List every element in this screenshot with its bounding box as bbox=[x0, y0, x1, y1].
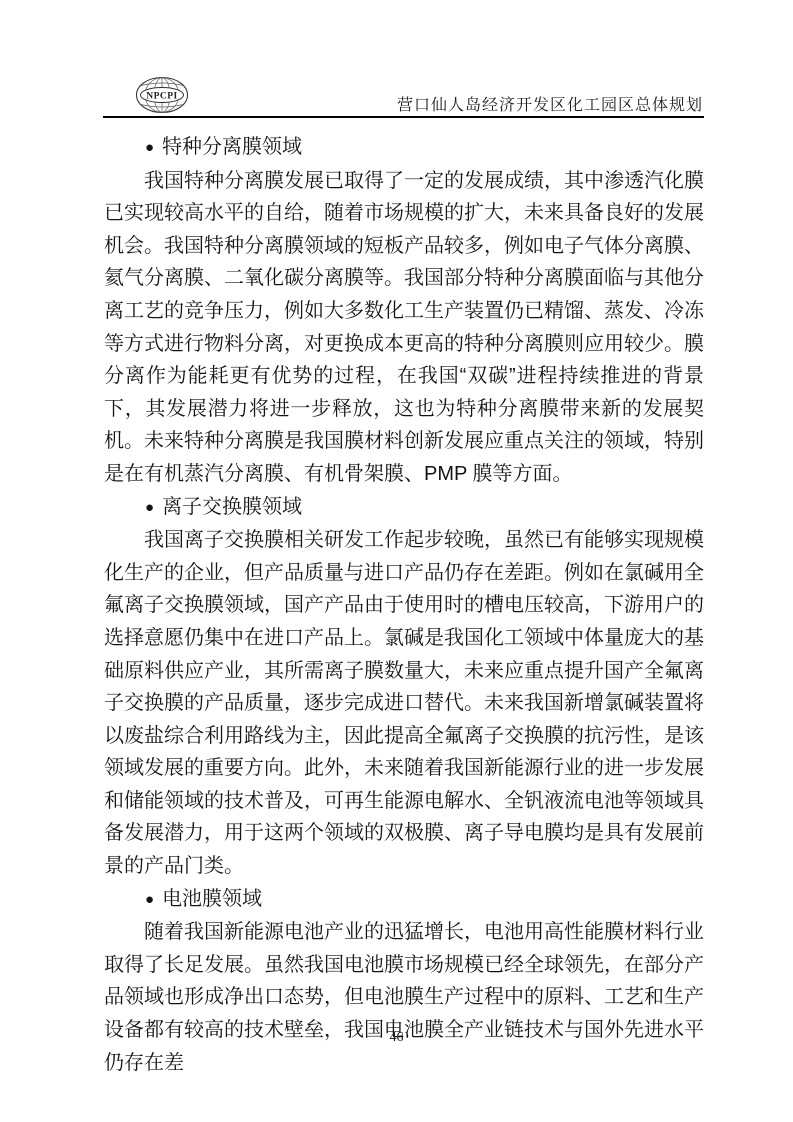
section-special-separation-membrane: ●特种分离膜领域 我国特种分离膜发展已取得了一定的发展成绩，其中渗透汽化膜已实现… bbox=[104, 131, 704, 491]
section-paragraph: 随着我国新能源电池产业的迅猛增长，电池用高性能膜材料行业取得了长足发展。虽然我国… bbox=[104, 916, 704, 1079]
section-heading: ●离子交换膜领域 bbox=[104, 491, 704, 525]
bullet-icon: ● bbox=[145, 499, 154, 516]
logo-text: NPCPI bbox=[146, 92, 178, 102]
section-heading: ●电池膜领域 bbox=[104, 883, 704, 917]
header-rule bbox=[103, 116, 704, 118]
section-heading-label: 离子交换膜领域 bbox=[162, 496, 302, 518]
bullet-icon: ● bbox=[145, 891, 154, 908]
page-number: 46 bbox=[390, 1030, 404, 1045]
section-ion-exchange-membrane: ●离子交换膜领域 我国离子交换膜相关研发工作起步较晚，虽然已有能够实现规模化生产… bbox=[104, 491, 704, 883]
npcpi-globe-logo-icon: NPCPI bbox=[135, 76, 189, 114]
section-heading-label: 电池膜领域 bbox=[162, 888, 262, 910]
document-body: ●特种分离膜领域 我国特种分离膜发展已取得了一定的发展成绩，其中渗透汽化膜已实现… bbox=[104, 131, 704, 1079]
page-footer: 46 bbox=[0, 1030, 793, 1046]
section-paragraph: 我国特种分离膜发展已取得了一定的发展成绩，其中渗透汽化膜已实现较高水平的自给，随… bbox=[104, 165, 704, 491]
document-page: NPCPI 营口仙人岛经济开发区化工园区总体规划 ●特种分离膜领域 我国特种分离… bbox=[0, 0, 793, 1122]
section-heading-label: 特种分离膜领域 bbox=[162, 136, 302, 158]
section-battery-membrane: ●电池膜领域 随着我国新能源电池产业的迅猛增长，电池用高性能膜材料行业取得了长足… bbox=[104, 883, 704, 1080]
bullet-icon: ● bbox=[145, 139, 154, 156]
section-heading: ●特种分离膜领域 bbox=[104, 131, 704, 165]
header-title: 营口仙人岛经济开发区化工园区总体规划 bbox=[397, 92, 703, 115]
section-paragraph: 我国离子交换膜相关研发工作起步较晚，虽然已有能够实现规模化生产的企业，但产品质量… bbox=[104, 524, 704, 883]
